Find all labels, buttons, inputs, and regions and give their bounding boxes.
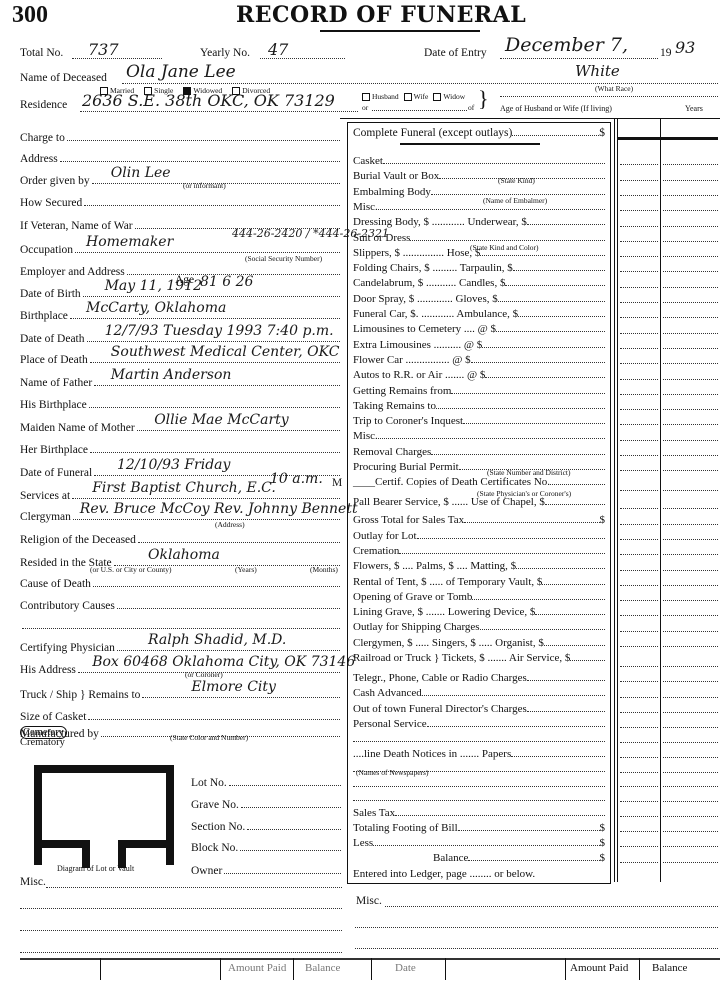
charge-input-line[interactable] — [485, 376, 605, 378]
spouse-or: or — [362, 103, 368, 112]
charge-row: Extra Limousines .......... @ $ — [353, 336, 605, 351]
amount-entry-line[interactable] — [663, 240, 718, 242]
race-caption: (What Race) — [595, 84, 633, 93]
charge-input-line[interactable] — [471, 361, 605, 363]
charge-input-line[interactable] — [527, 710, 605, 712]
amount-entry-line[interactable] — [663, 830, 718, 832]
amount-entry-line[interactable] — [663, 771, 718, 773]
amount-entry-line[interactable] — [620, 301, 658, 303]
amount-entry-line[interactable] — [663, 194, 718, 196]
amount-entry-line[interactable] — [663, 665, 718, 667]
amount-entry-line[interactable] — [663, 286, 718, 288]
charge-input-line[interactable] — [480, 628, 605, 630]
charge-row: Embalming Body — [353, 183, 605, 198]
lot-field-input-line[interactable] — [247, 828, 341, 830]
left-field-row: Size of Casket — [20, 705, 340, 723]
amount-entry-line[interactable] — [663, 630, 718, 632]
field-value[interactable]: McCarty, Oklahoma — [86, 300, 226, 316]
field-value[interactable]: Elmore City — [191, 679, 276, 695]
charge-input-line[interactable] — [353, 785, 605, 787]
charge-input-line[interactable] — [399, 552, 605, 554]
charge-input-line[interactable] — [431, 193, 605, 195]
charge-input-line[interactable] — [518, 315, 605, 317]
field-input-line[interactable] — [88, 718, 340, 720]
misc-left-line[interactable] — [20, 930, 342, 931]
footer-col-divider — [445, 958, 446, 980]
amount-entry-line[interactable] — [620, 507, 658, 509]
charge-input-line[interactable] — [513, 269, 605, 271]
charge-input-line[interactable] — [468, 859, 599, 861]
lot-field-input-line[interactable] — [224, 872, 341, 874]
charge-label: Door Spray, $ ............. Gloves, $ — [353, 293, 498, 305]
complete-funeral-row: Complete Funeral (except outlays) $ — [353, 127, 605, 139]
lot-field-row: Lot No. — [191, 771, 341, 789]
charge-row: Misc. — [353, 198, 605, 213]
charge-input-line[interactable] — [353, 740, 605, 742]
total-no-label: Total No. — [20, 47, 63, 59]
amount-entry-line[interactable] — [620, 489, 658, 491]
amount-entry-line[interactable] — [663, 408, 718, 410]
age-value[interactable]: 81 6 26 — [200, 274, 253, 290]
amount-entry-line[interactable] — [663, 726, 718, 728]
charge-row: Telegr., Phone, Cable or Radio Charges — [353, 669, 605, 684]
charge-label: Misc. — [353, 430, 378, 442]
amount-entry-line[interactable] — [620, 553, 658, 555]
date-of-entry-value[interactable]: December 7, — [505, 34, 628, 56]
amount-entry-line[interactable] — [620, 225, 658, 227]
field-input-line[interactable] — [22, 627, 340, 629]
funeral-hour-suffix: M — [332, 477, 342, 489]
amount-entry-line[interactable] — [620, 665, 658, 667]
amount-entry-line[interactable] — [620, 584, 658, 586]
amount-entry-line[interactable] — [663, 614, 718, 616]
checkbox-icon[interactable] — [362, 93, 370, 101]
charge-input-line[interactable] — [545, 503, 605, 505]
field-input-line[interactable] — [73, 518, 340, 520]
amount-entry-line[interactable] — [663, 489, 718, 491]
amount-entry-line[interactable] — [663, 439, 718, 441]
footer-rule — [20, 958, 720, 960]
charge-row: Balance$ — [353, 849, 605, 864]
footer-date: Date — [395, 962, 416, 974]
charge-input-line[interactable] — [373, 844, 599, 846]
field-value[interactable]: Homemaker — [86, 234, 173, 250]
dollar-sign: $ — [600, 514, 606, 526]
amount-entry-line[interactable] — [620, 569, 658, 571]
amount-entry-line[interactable] — [663, 569, 718, 571]
charge-label: Opening of Grave or Tomb — [353, 591, 472, 603]
amount-entry-line[interactable] — [663, 163, 718, 165]
amount-entry-line[interactable] — [663, 785, 718, 787]
amount-entry-line[interactable] — [663, 523, 718, 525]
amount-entry-line[interactable] — [620, 726, 658, 728]
amount-entry-line[interactable] — [620, 538, 658, 540]
amount-entry-line[interactable] — [663, 347, 718, 349]
left-field-row: Order given by — [20, 169, 340, 187]
amount-entry-line[interactable] — [663, 362, 718, 364]
amount-entry-line[interactable] — [663, 393, 718, 395]
amount-entry-line[interactable] — [620, 785, 658, 787]
cents-column-divider — [660, 118, 661, 882]
amount-entry-line[interactable] — [620, 645, 658, 647]
amount-entry-line[interactable] — [620, 408, 658, 410]
amount-entry-line[interactable] — [620, 771, 658, 773]
amount-entry-line[interactable] — [663, 861, 718, 863]
amount-entry-line[interactable] — [620, 286, 658, 288]
footer-col-divider — [565, 958, 566, 980]
amount-entry-line[interactable] — [663, 469, 718, 471]
amount-entry-line[interactable] — [663, 179, 718, 181]
dollar-sign: $ — [600, 852, 606, 864]
charge-input-line[interactable] — [427, 725, 605, 727]
charge-label: Outlay for Lot — [353, 530, 417, 542]
charge-input-line[interactable] — [544, 644, 605, 646]
charge-row: Trip to Coroner's Inquest — [353, 412, 605, 427]
charge-input-line[interactable] — [498, 300, 605, 302]
amount-column-divider — [614, 118, 615, 882]
residence-label: Residence — [20, 99, 67, 111]
charge-input-line[interactable] — [353, 799, 605, 801]
charge-label: Candelabrum, $ ........... Candles, $ — [353, 277, 505, 289]
charge-row: Gross Total for Sales Tax$ — [353, 511, 605, 526]
amount-entry-line[interactable] — [663, 538, 718, 540]
amount-entry-line[interactable] — [663, 845, 718, 847]
field-input-line[interactable] — [87, 340, 341, 342]
field-value[interactable]: Box 60468 Oklahoma City, OK 73146 — [92, 654, 355, 670]
checkbox-icon[interactable] — [404, 93, 412, 101]
amount-entry-line[interactable] — [663, 800, 718, 802]
misc-left-line[interactable] — [20, 908, 342, 909]
field-value[interactable]: Ralph Shadid, M.D. — [148, 632, 286, 648]
charge-input-line[interactable] — [431, 453, 605, 455]
charge-row: Cremation — [353, 542, 605, 557]
amount-entry-line[interactable] — [620, 599, 658, 601]
amount-entry-line[interactable] — [663, 711, 718, 713]
charge-label: Sales Tax — [353, 807, 395, 819]
amount-entry-line[interactable] — [620, 454, 658, 456]
charge-input-line[interactable] — [527, 223, 605, 225]
charge-input-line[interactable] — [570, 659, 605, 661]
amount-entry-line[interactable] — [620, 423, 658, 425]
yearly-no-label: Yearly No. — [200, 47, 250, 59]
charge-input-line[interactable] — [378, 437, 605, 439]
year-prefix: 19 — [660, 47, 672, 59]
amount-entry-line[interactable] — [620, 845, 658, 847]
misc-right-line[interactable] — [385, 906, 718, 907]
charge-label: Lining Grave, $ ....... Lowering Device,… — [353, 606, 535, 618]
checkbox-icon[interactable] — [433, 93, 441, 101]
amount-entry-line[interactable] — [663, 270, 718, 272]
amount-entry-line[interactable] — [663, 599, 718, 601]
charge-input-line[interactable] — [482, 346, 605, 348]
amount-entry-line[interactable] — [663, 553, 718, 555]
field-input-line[interactable] — [94, 384, 340, 386]
lot-field-input-line[interactable] — [229, 784, 341, 786]
field-value[interactable]: 12/10/93 Friday — [117, 457, 230, 473]
charge-input-line[interactable] — [463, 422, 605, 424]
field-value[interactable]: Rev. Bruce McCoy Rev. Johnny Bennett — [80, 501, 358, 517]
field-label: His Address — [20, 664, 76, 676]
spouse-wife[interactable]: Wife — [404, 92, 429, 101]
charge-input-line[interactable] — [383, 162, 605, 164]
amount-entry-line[interactable] — [663, 680, 718, 682]
left-field-row: How Secured — [20, 191, 340, 209]
charge-input-line[interactable] — [550, 483, 605, 485]
charge-input-line[interactable] — [436, 407, 605, 409]
misc-left-line[interactable] — [46, 887, 342, 888]
amount-entry-line[interactable] — [663, 423, 718, 425]
amount-entry-line[interactable] — [663, 209, 718, 211]
charge-row: ....line Death Notices in ....... Papers — [353, 745, 605, 760]
amount-entry-line[interactable] — [620, 523, 658, 525]
dollar-sign: $ — [599, 127, 605, 139]
charge-label: Outlay for Shipping Charges — [353, 621, 480, 633]
field-input-line[interactable] — [67, 139, 340, 141]
charge-label: Entered into Ledger, page ........ or be… — [353, 868, 535, 880]
charge-row: Folding Chairs, $ ......... Tarpaulin, $ — [353, 259, 605, 274]
charge-input-line[interactable] — [527, 679, 605, 681]
field-input-line[interactable] — [70, 317, 340, 319]
amount-entry-line[interactable] — [663, 741, 718, 743]
title-underline — [320, 30, 480, 32]
field-input-line[interactable] — [137, 429, 340, 431]
amount-entry-line[interactable] — [620, 756, 658, 758]
field-value[interactable]: Martin Anderson — [111, 367, 232, 383]
lot-field-row: Section No. — [191, 815, 341, 833]
amount-entry-line[interactable] — [620, 347, 658, 349]
coroner-caption: (or Coroner) — [185, 670, 223, 679]
charge-input-line[interactable] — [535, 613, 605, 615]
amount-entry-line[interactable] — [663, 332, 718, 334]
lot-diagram-caption: Diagram of Lot or Vault — [57, 864, 134, 873]
charge-input-line[interactable] — [542, 583, 605, 585]
charge-label: Folding Chairs, $ ......... Tarpaulin, $ — [353, 262, 513, 274]
charge-input-line[interactable] — [511, 755, 605, 757]
amount-entry-line[interactable] — [620, 630, 658, 632]
field-label: Maiden Name of Mother — [20, 422, 135, 434]
spouse-brace: } — [478, 88, 489, 110]
amount-entry-line[interactable] — [663, 378, 718, 380]
field-input-line[interactable] — [72, 497, 340, 499]
charge-row: Totaling Footing of Bill$ — [353, 819, 605, 834]
amount-entry-line[interactable] — [663, 645, 718, 647]
amount-entry-line[interactable] — [663, 301, 718, 303]
left-field-row: Truck / Ship } Remains to — [20, 683, 340, 701]
misc-left-line[interactable] — [20, 952, 342, 953]
amount-entry-line[interactable] — [620, 696, 658, 698]
field-input-line[interactable] — [142, 696, 340, 698]
name-value[interactable]: Ola Jane Lee — [126, 62, 236, 82]
amount-entry-line[interactable] — [620, 255, 658, 257]
charge-row: Burial Vault or Box — [353, 167, 605, 182]
total-no-value[interactable]: 737 — [88, 40, 119, 59]
charge-label: Cremation — [353, 545, 399, 557]
spouse-age-label: Age of Husband or Wife (If living) — [500, 104, 612, 113]
amount-entry-line[interactable] — [620, 163, 658, 165]
amount-entry-line[interactable] — [620, 614, 658, 616]
footer-col-divider — [371, 958, 372, 980]
state-caption: (or U.S. or City or County) — [90, 565, 171, 574]
charge-label: Slippers, $ ............... Hose, $ — [353, 247, 480, 259]
physician-coroner-caption: (State Physician's or Coroner's) — [477, 489, 571, 498]
page-title: RECORD OF FUNERAL — [236, 2, 526, 28]
amount-entry-line[interactable] — [620, 469, 658, 471]
lot-field-row: Block No. — [191, 836, 341, 854]
charge-row: Dressing Body, $ ............ Underwear,… — [353, 213, 605, 228]
amount-entry-line[interactable] — [620, 439, 658, 441]
field-value[interactable]: Ollie Mae McCarty — [154, 412, 289, 428]
residence-value[interactable]: 2636 S.E. 38th OKC, OK 73129 — [82, 91, 335, 110]
amount-entry-line[interactable] — [620, 680, 658, 682]
field-input-line[interactable] — [75, 251, 340, 253]
field-label: Date of Birth — [20, 288, 81, 300]
spouse-widow[interactable]: Widow — [433, 92, 465, 101]
crematory-option[interactable]: Crematory — [20, 737, 65, 748]
field-input-line[interactable] — [84, 204, 340, 206]
field-input-line[interactable] — [89, 406, 340, 408]
lot-diagram — [34, 765, 174, 865]
field-value[interactable]: Olin Lee — [111, 165, 171, 181]
amount-entry-line[interactable] — [620, 378, 658, 380]
funeral-hour[interactable]: 10 a.m. — [270, 471, 323, 487]
charge-input-line[interactable] — [378, 208, 605, 210]
complete-funeral-underline — [400, 143, 540, 145]
age-label: Age — [175, 274, 194, 286]
charge-row: Autos to R.R. or Air ....... @ $ — [353, 366, 605, 381]
name-label: Name of Deceased — [20, 72, 107, 84]
amount-entry-line[interactable] — [663, 225, 718, 227]
charge-input-line[interactable] — [422, 694, 605, 696]
amount-entry-line[interactable] — [663, 756, 718, 758]
amount-entry-line[interactable] — [663, 696, 718, 698]
charge-label: Gross Total for Sales Tax — [353, 514, 464, 526]
charge-input-line[interactable] — [472, 598, 605, 600]
amount-entry-line[interactable] — [620, 362, 658, 364]
field-value[interactable]: First Baptist Church, E.C. — [92, 480, 276, 496]
page-number: 300 — [12, 2, 48, 29]
newspapers-caption: (Names of Newspapers) — [356, 768, 428, 777]
amount-entry-line[interactable] — [620, 270, 658, 272]
field-label: Date of Funeral — [20, 467, 92, 479]
charge-input-line[interactable] — [505, 284, 605, 286]
amount-entry-line[interactable] — [620, 332, 658, 334]
charge-input-line[interactable] — [516, 567, 605, 569]
field-input-line[interactable] — [60, 160, 340, 162]
amount-entry-line[interactable] — [663, 316, 718, 318]
charge-input-line[interactable] — [410, 239, 605, 241]
charge-row: Opening of Grave or Tomb — [353, 588, 605, 603]
cemetery-crematory-label: Cemetery Crematory — [20, 728, 67, 748]
spouse-years: Years — [685, 104, 703, 113]
amount-entry-line[interactable] — [620, 830, 658, 832]
misc-right-line[interactable] — [355, 948, 718, 949]
months-caption: (Months) — [310, 565, 338, 574]
charge-label: Clergymen, $ ..... Singers, $ ..... Orga… — [353, 637, 544, 649]
year-suffix[interactable]: 93 — [675, 38, 695, 57]
charge-row: Rental of Tent, $ ..... of Temporary Vau… — [353, 573, 605, 588]
amount-entry-line[interactable] — [663, 454, 718, 456]
charge-label: ....line Death Notices in ....... Papers — [353, 748, 511, 760]
dollar-sign: $ — [600, 822, 606, 834]
charge-input-line[interactable] — [417, 537, 605, 539]
field-label: Cause of Death — [20, 578, 91, 590]
spouse-husband[interactable]: Husband — [362, 92, 399, 101]
amount-entry-line[interactable] — [620, 194, 658, 196]
charge-input-line[interactable] — [496, 330, 605, 332]
field-input-line[interactable] — [90, 361, 340, 363]
amount-entry-line[interactable] — [663, 815, 718, 817]
left-field-row: His Birthplace — [20, 393, 340, 411]
field-input-line[interactable] — [90, 451, 340, 453]
amount-entry-line[interactable] — [620, 861, 658, 863]
charge-label: Suit or Dress — [353, 232, 410, 244]
charge-input-line[interactable] — [480, 254, 605, 256]
charge-row: Out of town Funeral Director's Charges — [353, 700, 605, 715]
field-value[interactable]: Oklahoma — [148, 547, 220, 563]
amount-entry-line[interactable] — [620, 240, 658, 242]
charge-label: ____Certif. Copies of Death Certificates… — [353, 476, 550, 488]
address-caption: (Address) — [215, 520, 245, 529]
field-input-line[interactable] — [117, 649, 340, 651]
field-value[interactable]: Southwest Medical Center, OKC — [111, 344, 340, 360]
amount-entry-line[interactable] — [663, 507, 718, 509]
amount-entry-line[interactable] — [620, 209, 658, 211]
lot-field-input-line[interactable] — [240, 849, 341, 851]
charge-row: Limousines to Cemetery .... @ $ — [353, 320, 605, 335]
informant-caption: (or informant) — [183, 181, 226, 190]
field-input-line[interactable] — [93, 585, 340, 587]
field-input-line[interactable] — [117, 607, 340, 609]
field-input-line[interactable] — [138, 541, 340, 543]
charge-label: Out of town Funeral Director's Charges — [353, 703, 527, 715]
amount-entry-line[interactable] — [620, 741, 658, 743]
amount-entry-line[interactable] — [663, 255, 718, 257]
charges-top-rule — [340, 118, 720, 119]
casket-caption: (State Color and Number) — [170, 733, 248, 742]
charge-input-line[interactable] — [395, 814, 605, 816]
number-district-caption: (State Number and District) — [487, 468, 571, 477]
amount-entry-line[interactable] — [663, 584, 718, 586]
race-value[interactable]: White — [575, 62, 620, 80]
ssn-caption: (Social Security Number) — [245, 254, 322, 263]
field-label: Services at — [20, 490, 70, 502]
charge-input-line[interactable] — [464, 521, 599, 523]
misc-right-line[interactable] — [355, 927, 718, 928]
field-value[interactable]: 12/7/93 Tuesday 1993 7:40 p.m. — [105, 323, 334, 339]
amount-entry-line[interactable] — [620, 815, 658, 817]
dollar-sign: $ — [600, 837, 606, 849]
field-label: Occupation — [20, 244, 73, 256]
field-input-line[interactable] — [83, 295, 340, 297]
amount-entry-line[interactable] — [620, 393, 658, 395]
footer-balance-2: Balance — [652, 962, 687, 974]
amount-entry-line[interactable] — [620, 179, 658, 181]
charge-row: Misc. — [353, 427, 605, 442]
amount-entry-line[interactable] — [620, 800, 658, 802]
charge-label: Totaling Footing of Bill — [353, 822, 458, 834]
charge-input-line[interactable] — [458, 829, 600, 831]
lot-field-input-line[interactable] — [241, 806, 341, 808]
misc-right-label: Misc. — [356, 895, 382, 907]
amount-entry-line[interactable] — [620, 316, 658, 318]
footer-amount-paid-1: Amount Paid — [228, 962, 286, 974]
charge-row: Lining Grave, $ ....... Lowering Device,… — [353, 603, 605, 618]
charge-row: Funeral Car, $. ............ Ambulance, … — [353, 305, 605, 320]
charge-row: Flowers, $ .... Palms, $ .... Matting, $ — [353, 557, 605, 572]
charge-input-line[interactable] — [451, 392, 605, 394]
amount-entry-line[interactable] — [620, 711, 658, 713]
yearly-no-value[interactable]: 47 — [268, 40, 288, 59]
